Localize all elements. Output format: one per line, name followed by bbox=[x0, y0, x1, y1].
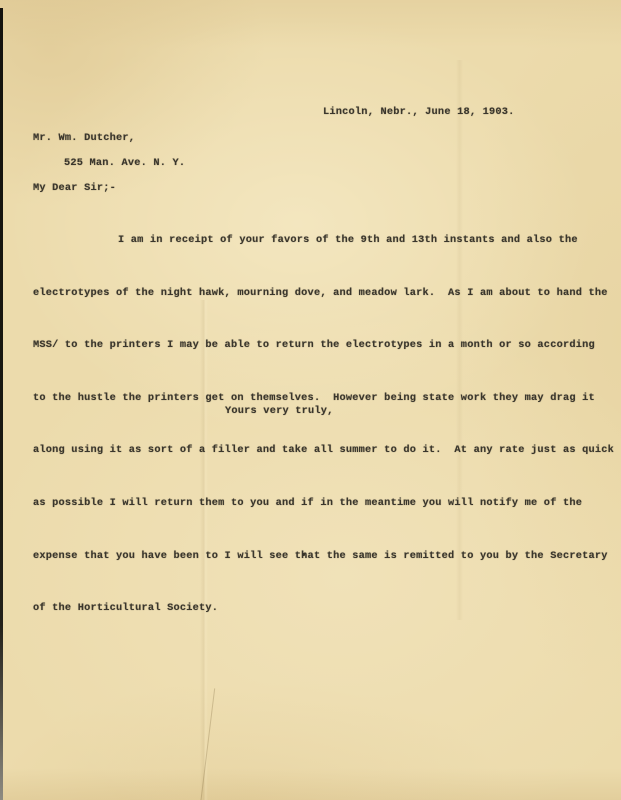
body-line: electrotypes of the night hawk, mourning… bbox=[33, 281, 593, 306]
body-line: along using it as sort of a filler and t… bbox=[33, 438, 593, 463]
body-line: expense that you have been to I will see… bbox=[33, 544, 593, 569]
letter-body: I am in receipt of your favors of the 9t… bbox=[33, 200, 593, 649]
closing-valediction: Yours very truly, bbox=[225, 404, 334, 418]
ink-speck bbox=[302, 553, 305, 556]
letter-dateline: Lincoln, Nebr., June 18, 1903. bbox=[323, 105, 515, 119]
body-line: MSS/ to the printers I may be able to re… bbox=[33, 333, 593, 358]
body-line: of the Horticultural Society. bbox=[33, 596, 593, 621]
scanned-letter-page: Lincoln, Nebr., June 18, 1903. Mr. Wm. D… bbox=[0, 0, 621, 800]
salutation: My Dear Sir;- bbox=[33, 181, 116, 195]
recipient-name: Mr. Wm. Dutcher, bbox=[33, 131, 135, 145]
recipient-address: 525 Man. Ave. N. Y. bbox=[64, 156, 185, 170]
scanner-edge-shadow bbox=[0, 8, 3, 800]
body-line: as possible I will return them to you an… bbox=[33, 491, 593, 516]
body-line: I am in receipt of your favors of the 9t… bbox=[33, 228, 593, 253]
